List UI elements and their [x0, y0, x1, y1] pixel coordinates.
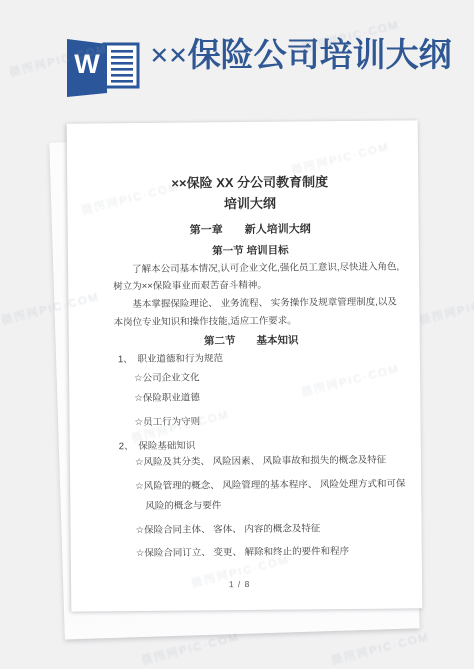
paragraph2-line1: 基本掌握保险理论、 业务流程、 实务操作及规章管理制度,以及 [113, 294, 397, 311]
template-title: ××保险公司培训大纲 [150, 36, 474, 76]
doc-title-line1: ××保险 XX 分公司教育制度 [107, 171, 392, 193]
watermark: 摄图网PIC·COM [330, 628, 432, 668]
star-item: ☆员工行为守则 [134, 413, 200, 428]
star-item: ☆公司企业文化 [134, 369, 200, 384]
star-item: ☆风险及其分类、 风险因素、 风险事故和损失的概念及特征 [135, 452, 386, 468]
watermark: 摄图网PIC·COM [418, 288, 474, 328]
chapter-heading: 第一章 新人培训大纲 [108, 220, 393, 239]
star-item: ☆保险合同主体、 客体、 内容的概念及特征 [135, 520, 320, 536]
word-logo-letter: W [69, 49, 105, 79]
star-item: ☆风险管理的概念、 风险管理的基本程序、 风险处理方式和可保 [135, 475, 405, 492]
paragraph1-line2: 树立为××保险事业而艰苦奋斗精神。 [113, 277, 267, 292]
page-number: 1 / 8 [71, 577, 408, 590]
star-item: ☆保险合同订立、 变更、 解除和终止的要件和程序 [136, 543, 349, 559]
star-item-continuation: 风险的概念与要件 [145, 497, 221, 512]
list-item-2: 2、 保险基础知识 [119, 437, 196, 452]
header-banner: W ××保险公司培训大纲 [0, 0, 474, 118]
star-item: ☆保险职业道德 [134, 389, 200, 404]
document-page: ××保险 XX 分公司教育制度 培训大纲 第一章 新人培训大纲 第一节 培训目标… [67, 120, 423, 611]
paragraph1-line1: 了解本公司基本情况,认可企业文化,强化员工意识,尽快进入角色, [113, 259, 399, 276]
paragraph2-line2: 本岗位专业知识和操作技能,适应工作要求。 [113, 312, 296, 328]
doc-title-line2: 培训大纲 [107, 192, 392, 214]
section-heading-2: 第二节 基本知识 [109, 332, 394, 350]
word-logo-icon: W [65, 36, 141, 98]
section-heading-1: 第一节 培训目标 [108, 242, 393, 260]
list-item-1: 1、 职业道德和行为规范 [118, 350, 223, 365]
